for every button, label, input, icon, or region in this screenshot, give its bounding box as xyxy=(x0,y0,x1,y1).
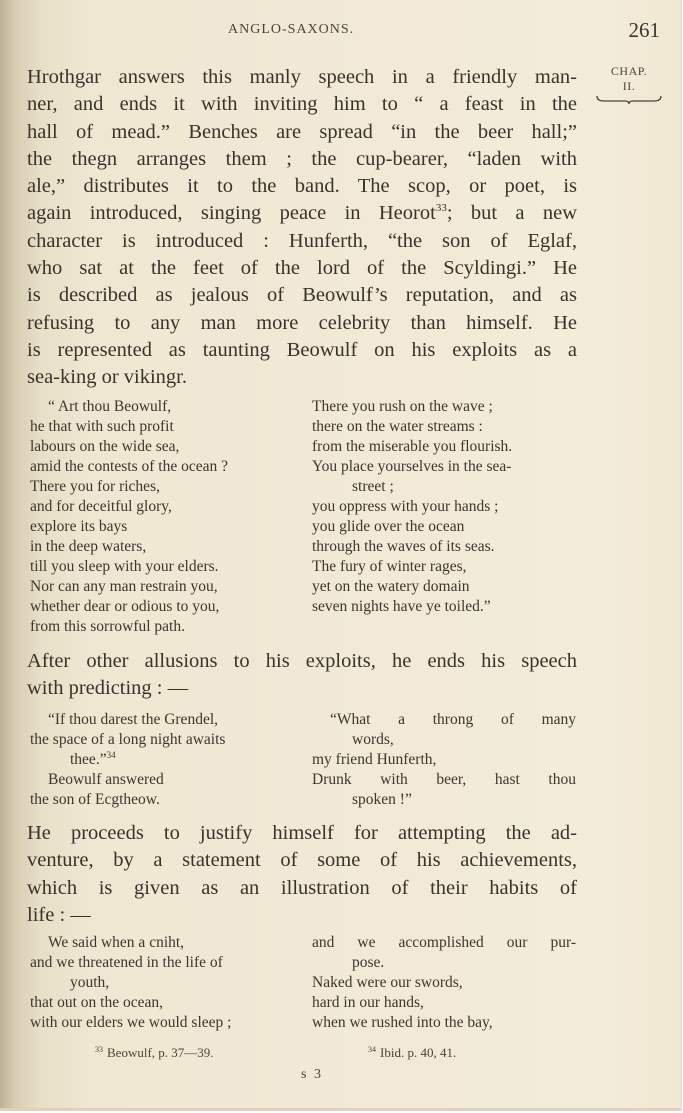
prose-line: sea-king or vikingr. xyxy=(27,364,577,391)
prose-line: He proceeds to justify himself for attem… xyxy=(27,820,577,847)
verse-line: from the miserable you flourish. xyxy=(312,437,592,457)
verse-line: he that with such profit xyxy=(30,417,300,437)
verse-line: “If thou darest the Grendel, xyxy=(30,710,300,730)
running-head: ANGLO-SAXONS. 261 xyxy=(0,18,680,42)
verse-line: whether dear or odious to you, xyxy=(30,597,300,617)
prose-line: After other allusions to his exploits, h… xyxy=(27,648,577,675)
prose-line: venture, by a statement of some of his a… xyxy=(27,847,577,874)
footnote-mark: 33 xyxy=(95,1045,103,1054)
prose-line: refusing to any man more celebrity than … xyxy=(27,310,577,337)
verse-block-3: We said when a cniht, and we threatened … xyxy=(30,933,590,1033)
verse-line: in the deep waters, xyxy=(30,537,300,557)
prose-line: with predicting : — xyxy=(27,675,577,702)
prose-line: Hrothgar answers this manly speech in a … xyxy=(27,64,577,91)
verse-line: yet on the watery domain xyxy=(312,577,592,597)
verse-line-continuation: words, xyxy=(312,730,592,750)
footnote-text: Ibid. p. 40, 41. xyxy=(380,1045,456,1060)
verse-line: Drunk with beer, hast thou xyxy=(312,770,576,790)
verse-line-continuation: spoken !” xyxy=(312,790,592,810)
verse-column-left: “ Art thou Beowulf, he that with such pr… xyxy=(30,397,300,637)
page-number: 261 xyxy=(629,18,661,43)
margin-note-chap-number: II. xyxy=(594,79,664,94)
verse-line: from this sorrowful path. xyxy=(30,617,300,637)
verse-line: There you rush on the wave ; xyxy=(312,397,592,417)
verse-line: amid the contests of the ocean ? xyxy=(30,457,300,477)
verse-line: you glide over the ocean xyxy=(312,517,592,537)
prose-text: ; but a new xyxy=(447,202,577,224)
verse-line-continuation: street ; xyxy=(312,477,592,497)
verse-line: Beowulf answered xyxy=(30,770,300,790)
verse-block-2: “If thou darest the Grendel, the space o… xyxy=(30,710,590,810)
verse-line-continuation-with-footnote: thee.”34 xyxy=(30,750,300,770)
verse-line: Naked were our swords, xyxy=(312,973,592,993)
verse-column-right: and we accomplished our pur- pose. Naked… xyxy=(312,933,592,1033)
verse-line: with our elders we would sleep ; xyxy=(30,1013,300,1033)
verse-column-left: We said when a cniht, and we threatened … xyxy=(30,933,300,1033)
verse-line-continuation: youth, xyxy=(30,973,300,993)
verse-line: “What a throng of many xyxy=(312,710,576,730)
verse-column-left: “If thou darest the Grendel, the space o… xyxy=(30,710,300,810)
verse-line: Nor can any man restrain you, xyxy=(30,577,300,597)
verse-line: hard in our hands, xyxy=(312,993,592,1013)
verse-line: my friend Hunferth, xyxy=(312,750,592,770)
footnote-text: Beowulf, p. 37—39. xyxy=(107,1045,214,1060)
verse-line: the son of Ecgtheow. xyxy=(30,790,300,810)
verse-column-right: There you rush on the wave ; there on th… xyxy=(312,397,592,617)
verse-line: The fury of winter rages, xyxy=(312,557,592,577)
footnote-ref-33[interactable]: 33 xyxy=(436,202,447,214)
verse-line: till you sleep with your elders. xyxy=(30,557,300,577)
verse-line: labours on the wide sea, xyxy=(30,437,300,457)
prose-line: character is introduced : Hunferth, “the… xyxy=(27,228,577,255)
prose-line: life : — xyxy=(27,902,577,929)
running-title: ANGLO-SAXONS. xyxy=(228,22,354,38)
prose-line: is represented as taunting Beowulf on hi… xyxy=(27,337,577,364)
paragraph-1: Hrothgar answers this manly speech in a … xyxy=(27,64,577,392)
verse-line: when we rushed into the bay, xyxy=(312,1013,592,1033)
verse-line: and for deceitful glory, xyxy=(30,497,300,517)
verse-text: thee.” xyxy=(70,751,107,768)
prose-line: hall of mead.” Benches are spread “in th… xyxy=(27,119,577,146)
prose-line: which is given as an illustration of the… xyxy=(27,875,577,902)
verse-line: and we threatened in the life of xyxy=(30,953,300,973)
prose-line-with-footnote: again introduced, singing peace in Heoro… xyxy=(27,200,577,227)
footnote-mark: 34 xyxy=(368,1045,376,1054)
margin-note-chap-label: CHAP. xyxy=(594,64,664,79)
verse-line: that out on the ocean, xyxy=(30,993,300,1013)
verse-line: There you for riches, xyxy=(30,477,300,497)
verse-line: and we accomplished our pur- xyxy=(312,933,576,953)
verse-line: “ Art thou Beowulf, xyxy=(30,397,300,417)
prose-line: the thegn arranges them ; the cup-bearer… xyxy=(27,146,577,173)
verse-line-continuation: pose. xyxy=(312,953,592,973)
paragraph-3: He proceeds to justify himself for attem… xyxy=(27,820,577,929)
footnote-34: 34Ibid. p. 40, 41. xyxy=(368,1045,456,1061)
prose-text: again introduced, singing peace in Heoro… xyxy=(27,202,436,224)
verse-line: You place yourselves in the sea- xyxy=(312,457,592,477)
verse-line: explore its bays xyxy=(30,517,300,537)
footnote-ref-34[interactable]: 34 xyxy=(107,750,116,760)
verse-line: We said when a cniht, xyxy=(30,933,300,953)
verse-line: you oppress with your hands ; xyxy=(312,497,592,517)
verse-line: the space of a long night awaits xyxy=(30,730,300,750)
prose-line: ner, and ends it with inviting him to “ … xyxy=(27,91,577,118)
verse-line: seven nights have ye toiled.” xyxy=(312,597,592,617)
verse-line: through the waves of its seas. xyxy=(312,537,592,557)
prose-line: is described as jealous of Beowulf’s rep… xyxy=(27,282,577,309)
paragraph-2: After other allusions to his exploits, h… xyxy=(27,648,577,703)
verse-line: there on the water streams : xyxy=(312,417,592,437)
footnote-33: 33Beowulf, p. 37—39. xyxy=(95,1045,214,1061)
curly-brace-icon xyxy=(596,95,662,105)
prose-line: ale,” distributes it to the band. The sc… xyxy=(27,173,577,200)
verse-block-1: “ Art thou Beowulf, he that with such pr… xyxy=(30,397,590,637)
margin-note-chapter: CHAP. II. xyxy=(594,64,664,105)
verse-column-right: “What a throng of many words, my friend … xyxy=(312,710,592,810)
printer-signature: s 3 xyxy=(301,1067,323,1083)
book-page: ANGLO-SAXONS. 261 CHAP. II. Hrothgar ans… xyxy=(0,0,682,1111)
prose-line: who sat at the feet of the lord of the S… xyxy=(27,255,577,282)
